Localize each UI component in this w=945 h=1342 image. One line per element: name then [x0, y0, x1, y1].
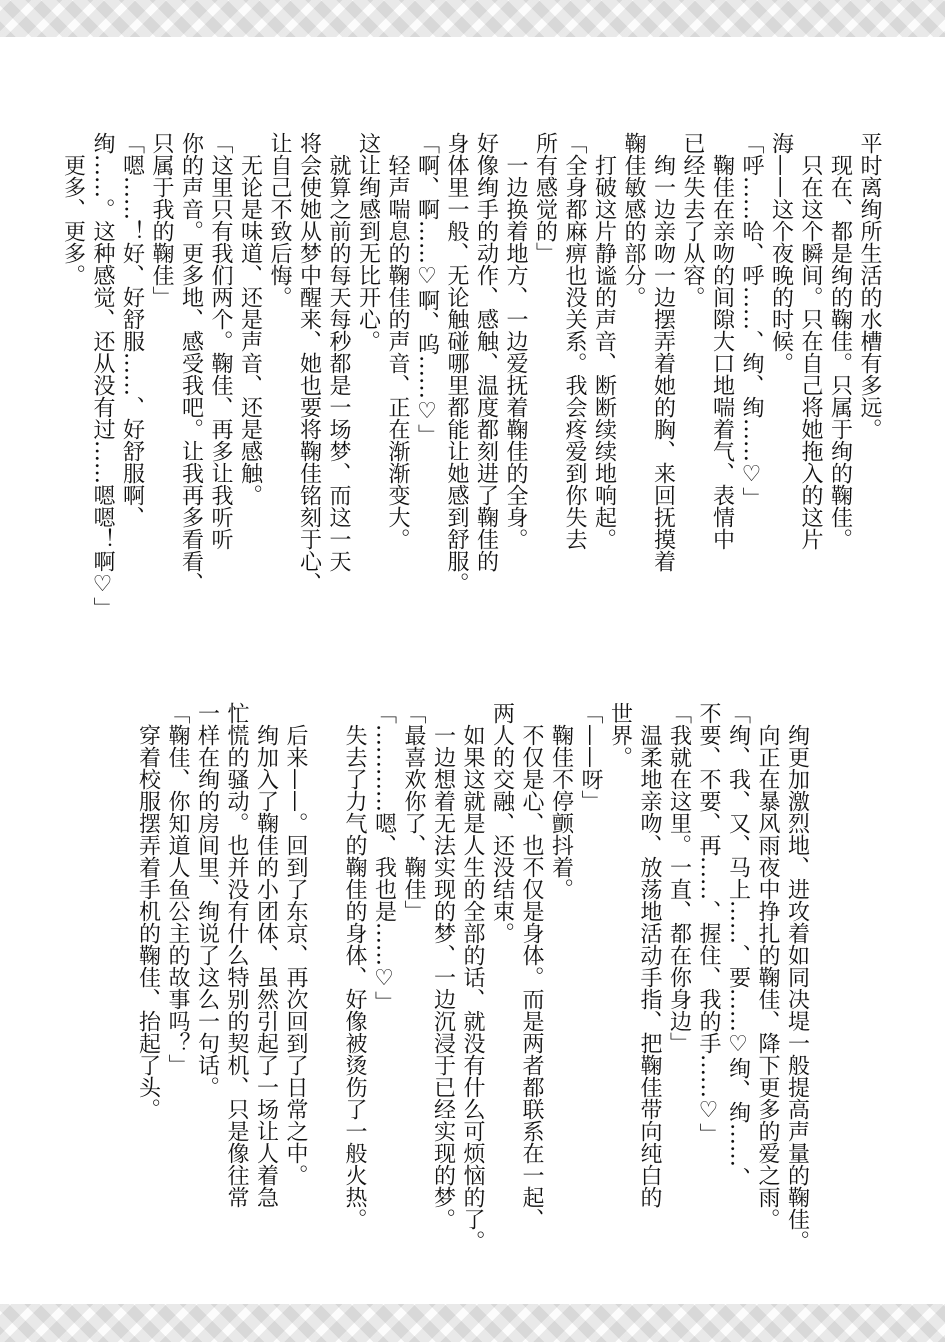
text-column: 打破这片静谧的声音、断断续续地响起。: [589, 132, 619, 582]
text-column: 「呼……哈、呼……、绚、绚……♡」: [737, 132, 767, 582]
text-column: 绚更加激烈地、进攻着如同决堤一般提高声量的鞠佳。: [782, 702, 812, 1242]
lower-text-block: 绚更加激烈地、进攻着如同决堤一般提高声量的鞠佳。 向正在暴风雨夜中挣扎的鞠佳、降…: [133, 702, 812, 1242]
text-column: 「嗯……！好、好舒服……、好舒服啊、: [117, 132, 147, 582]
text-column: 「绚、我、又、马上……、要……♡绚、绚……、: [723, 702, 753, 1242]
text-column: 绚一边亲吻一边摆弄着她的胸、来回抚摸着: [648, 132, 678, 582]
section-break-gap: [310, 702, 340, 1242]
text-column: 「最喜欢你了、鞠佳」: [399, 702, 429, 1242]
text-column: 鞠佳在亲吻的间隙大口地喘着气、表情中: [707, 132, 737, 582]
text-column: 温柔地亲吻、放荡地活动手指、把鞠佳带向纯白的: [635, 702, 665, 1242]
text-column: 更多、更多。: [58, 132, 88, 582]
text-column: 两人的交融、还没结束。: [487, 702, 517, 1242]
text-column: 「…………嗯、我也是……♡」: [369, 702, 399, 1242]
text-column: 如果这就是人生的全部的话、就没有什么可烦恼的了。: [458, 702, 488, 1242]
text-column: 轻声喘息的鞠佳的声音、正在渐渐变大。: [383, 132, 413, 582]
text-column: 「啊、啊……♡啊、呜……♡」: [412, 132, 442, 582]
text-column: 就算之前的每天每秒都是一场梦、而这一天: [324, 132, 354, 582]
text-column: 一边换着地方、一边爱抚着鞠佳的全身。: [501, 132, 531, 582]
text-column: 现在、都是绚的鞠佳。只属于绚的鞠佳。: [825, 132, 855, 582]
text-column: 海——这个夜晚的时候。: [766, 132, 796, 582]
text-column: 身体里一般、无论触碰哪里都能让她感到舒服。: [442, 132, 472, 582]
text-column: 一样在绚的房间里、绚说了这么一句话。: [192, 702, 222, 1242]
text-column: 穿着校服摆弄着手机的鞠佳、抬起了头。: [133, 702, 163, 1242]
text-column: 让自己不致后悔。: [265, 132, 295, 582]
text-column: 绚加入了鞠佳的小团体、虽然引起了一场让人着急: [251, 702, 281, 1242]
top-decorative-border: [0, 0, 945, 37]
text-column: 「我就在这里。一直、都在你身边」: [664, 702, 694, 1242]
upper-text-block: 平时离绚所生活的水槽有多远。 现在、都是绚的鞠佳。只属于绚的鞠佳。 只在这个瞬间…: [58, 132, 884, 582]
text-column: 不仅是心、也不仅是身体。而是两者都联系在一起、: [517, 702, 547, 1242]
text-column: 将会使她从梦中醒来、她也要将鞠佳铭刻于心、: [294, 132, 324, 582]
text-column: 「全身都麻痹也没关系。我会疼爱到你失去: [560, 132, 590, 582]
bottom-decorative-border: [0, 1304, 945, 1342]
text-column: 「鞠佳、你知道人鱼公主的故事吗？」: [163, 702, 193, 1242]
text-column: 一边想着无法实现的梦、一边沉浸于已经实现的梦。: [428, 702, 458, 1242]
text-column: 好像绚手的动作、感触、温度都刻进了鞠佳的: [471, 132, 501, 582]
text-column: 所有感觉的」: [530, 132, 560, 582]
text-column: 世界。: [605, 702, 635, 1242]
text-column: 「这里只有我们两个。鞠佳、再多让我听听: [206, 132, 236, 582]
text-column: 已经失去了从容。: [678, 132, 708, 582]
text-column: 无论是味道、还是声音、还是感触。: [235, 132, 265, 582]
text-column: 「——呀」: [576, 702, 606, 1242]
text-column: 向正在暴风雨夜中挣扎的鞠佳、降下更多的爱之雨。: [753, 702, 783, 1242]
text-column: 这让绚感到无比开心。: [353, 132, 383, 582]
text-column: 忙慌的骚动。也并没有什么特别的契机、只是像往常: [222, 702, 252, 1242]
text-column: 你的声音。更多地、感受我吧。让我再多看看、: [176, 132, 206, 582]
text-column: 平时离绚所生活的水槽有多远。: [855, 132, 885, 582]
text-column: 不要、不要、再……、握住、我的手……♡」: [694, 702, 724, 1242]
text-column: 后来——。回到了东京、再次回到了日常之中。: [281, 702, 311, 1242]
text-column: 鞠佳敏感的部分。: [619, 132, 649, 582]
text-column: 绚……。这种感觉、还从没有过……嗯嗯！啊♡」: [88, 132, 118, 582]
text-column: 鞠佳不停颤抖着。: [546, 702, 576, 1242]
text-column: 只在这个瞬间。只在自己将她拖入的这片: [796, 132, 826, 582]
text-column: 失去了力气的鞠佳的身体、好像被烫伤了一般火热。: [340, 702, 370, 1242]
text-column: 只属于我的鞠佳」: [147, 132, 177, 582]
